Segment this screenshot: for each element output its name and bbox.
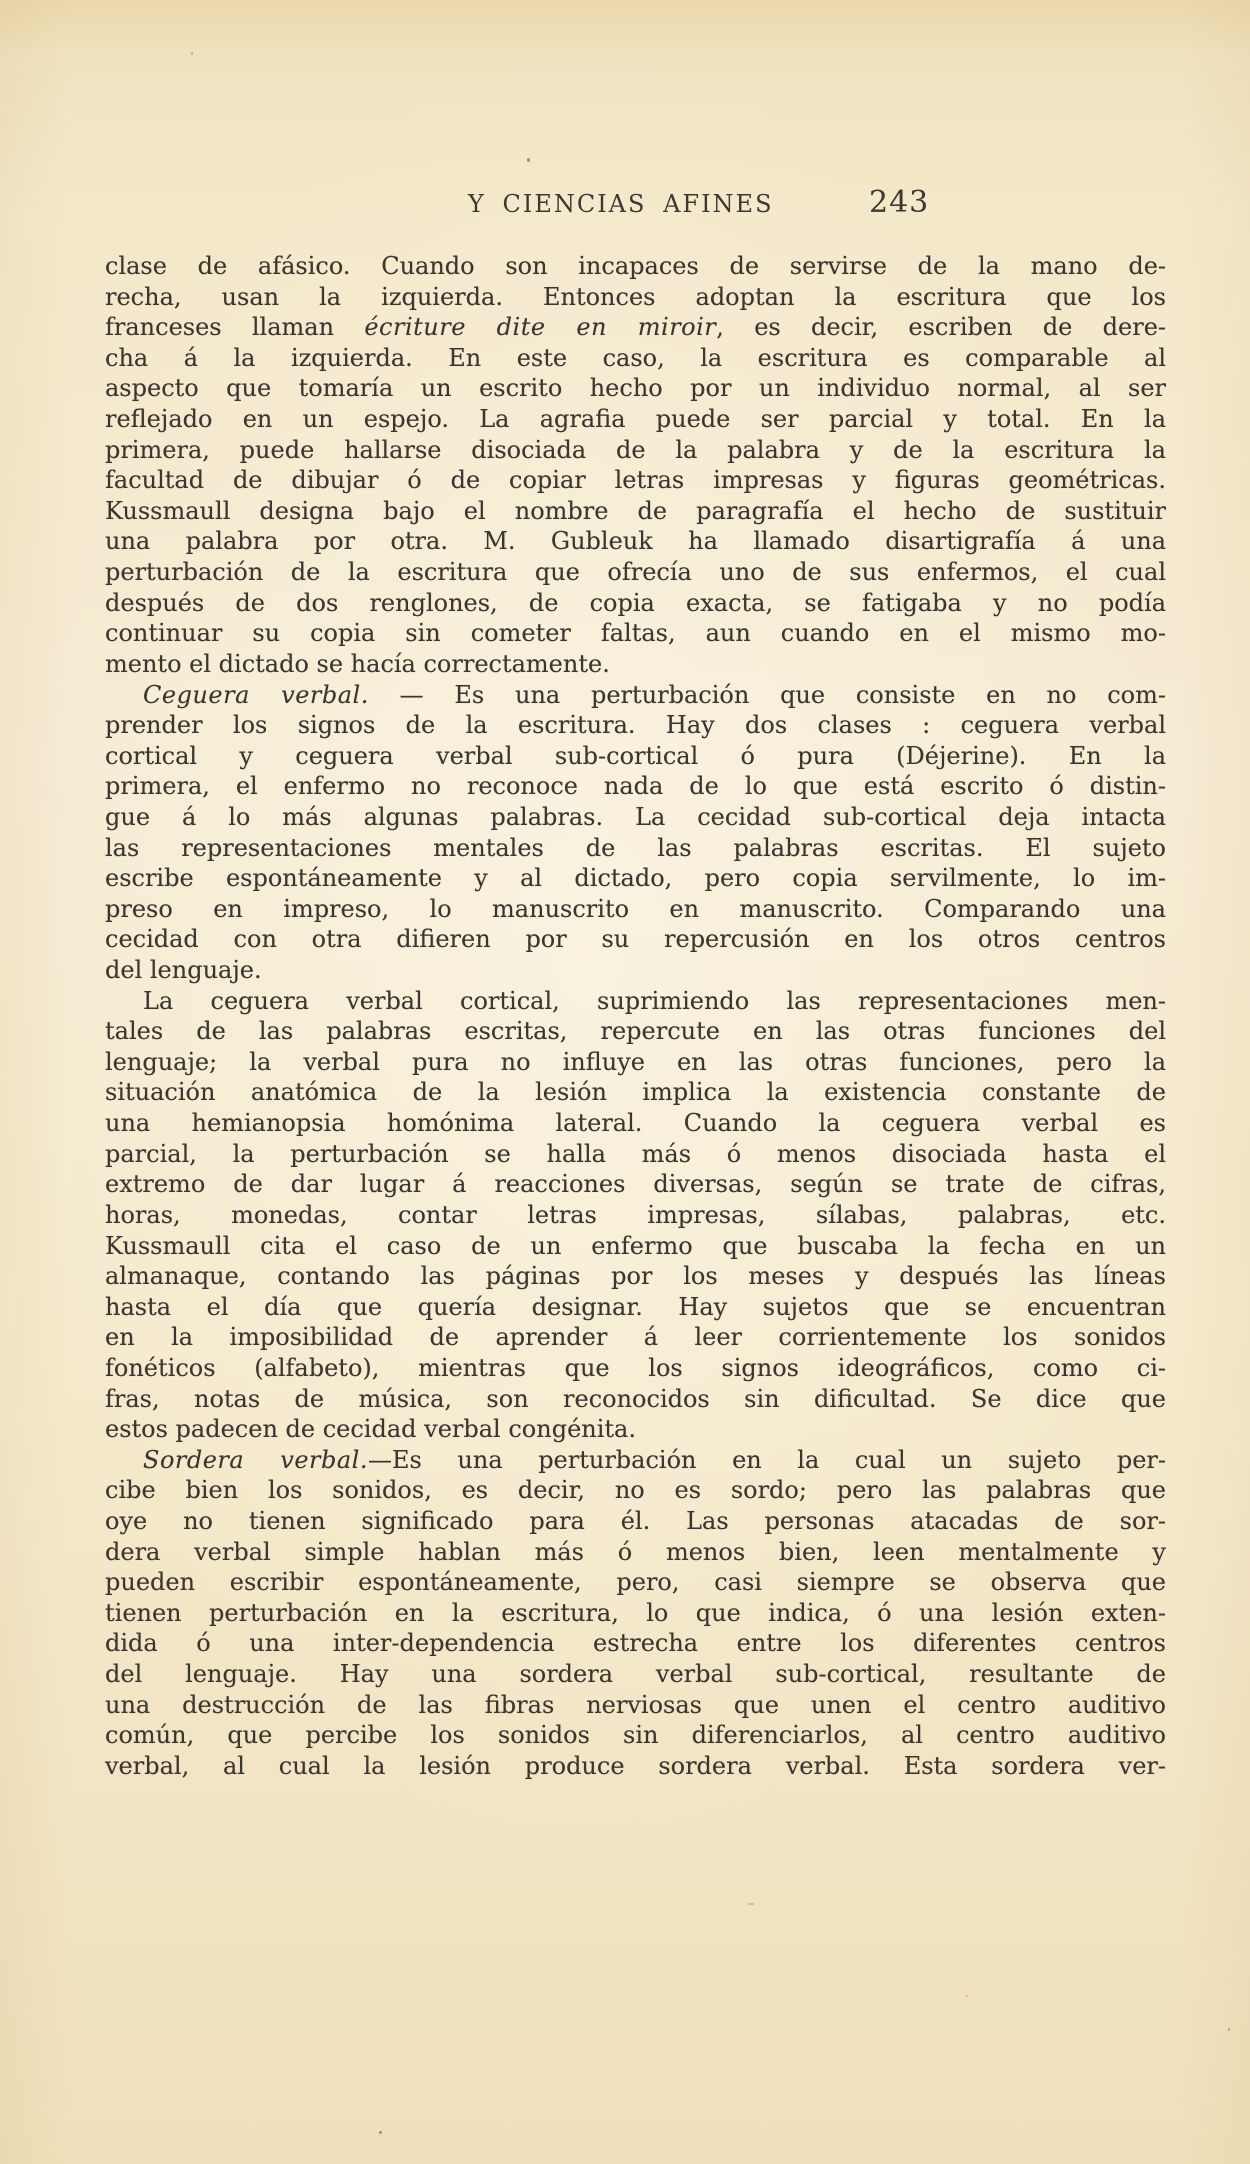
text-segment: Kussmaull designa bajo el nombre de para… (105, 497, 1166, 525)
text-line: verbal, al cual la lesión produce sorder… (105, 1751, 1166, 1782)
text-segment: tienen perturbación en la escritura, lo … (105, 1599, 1166, 1627)
text-segment: cibe bien los sonidos, es decir, no es s… (105, 1476, 1166, 1504)
text-segment: dera verbal simple hablan más ó menos bi… (105, 1538, 1166, 1566)
text-line: primera, el enfermo no reconoce nada de … (105, 771, 1166, 802)
text-segment: del lenguaje. (105, 956, 262, 984)
text-line: fonéticos (alfabeto), mientras que los s… (105, 1353, 1166, 1384)
text-segment: perturbación de la escritura que ofrecía… (105, 558, 1166, 586)
page-number: 243 (869, 185, 929, 220)
text-segment: tales de las palabras escritas, repercut… (105, 1017, 1166, 1045)
text-segment: una destrucción de las fibras nerviosas … (105, 1691, 1166, 1719)
paper-speck (966, 1995, 968, 1997)
text-line: recha, usan la izquierda. Entonces adopt… (105, 282, 1166, 313)
text-segment: las representaciones mentales de las pal… (105, 834, 1166, 862)
text-segment: continuar su copia sin cometer faltas, a… (105, 619, 1166, 647)
text-line: Kussmaull designa bajo el nombre de para… (105, 496, 1166, 527)
text-line: en la imposibilidad de aprender á leer c… (105, 1322, 1166, 1353)
text-segment: una hemianopsia homónima lateral. Cuando… (105, 1109, 1166, 1137)
text-segment: clase de afásico. Cuando son incapaces d… (105, 252, 1166, 280)
text-segment: mento el dictado se hacía correctamente. (105, 650, 610, 678)
text-line: las representaciones mentales de las pal… (105, 833, 1166, 864)
text-segment: lenguaje; la verbal pura no influye en l… (105, 1048, 1166, 1076)
text-line: estos padecen de cecidad verbal congénit… (105, 1414, 1166, 1445)
text-line: cortical y ceguera verbal sub-cortical ó… (105, 741, 1166, 772)
italic-text-segment: Ceguera verbal. (143, 681, 369, 709)
text-line: dera verbal simple hablan más ó menos bi… (105, 1537, 1166, 1568)
text-line: oye no tienen significado para él. Las p… (105, 1506, 1166, 1537)
text-segment: gue á lo más algunas palabras. La cecida… (105, 803, 1166, 831)
text-segment: cha á la izquierda. En este caso, la esc… (105, 344, 1166, 372)
book-page-scan: Y CIENCIAS AFINES 243 clase de afásico. … (0, 0, 1250, 2164)
text-line: perturbación de la escritura que ofrecía… (105, 557, 1166, 588)
text-line: lenguaje; la verbal pura no influye en l… (105, 1047, 1166, 1078)
text-segment: facultad de dibujar ó de copiar letras i… (105, 466, 1166, 494)
text-segment: , es decir, escriben de dere- (716, 313, 1166, 341)
text-line: escribe espontáneamente y al dictado, pe… (105, 863, 1166, 894)
running-title: Y CIENCIAS AFINES (468, 190, 774, 218)
text-line: mento el dictado se hacía correctamente. (105, 649, 1166, 680)
text-line: tienen perturbación en la escritura, lo … (105, 1598, 1166, 1629)
text-segment: Kussmaull cita el caso de un enfermo que… (105, 1232, 1166, 1260)
text-segment: extremo de dar lugar á reacciones divers… (105, 1170, 1166, 1198)
text-segment: — Es una perturbación que consiste en no… (369, 681, 1166, 709)
text-segment: primera, puede hallarse disociada de la … (105, 436, 1166, 464)
text-line: continuar su copia sin cometer faltas, a… (105, 618, 1166, 649)
text-line: situación anatómica de la lesión implica… (105, 1077, 1166, 1108)
text-line: prender los signos de la escritura. Hay … (105, 710, 1166, 741)
text-line: una hemianopsia homónima lateral. Cuando… (105, 1108, 1166, 1139)
text-segment: situación anatómica de la lesión implica… (105, 1078, 1166, 1106)
text-segment: fras, notas de música, son reconocidos s… (105, 1385, 1166, 1413)
text-segment: cortical y ceguera verbal sub-cortical ó… (105, 742, 1166, 770)
text-line: gue á lo más algunas palabras. La cecida… (105, 802, 1166, 833)
text-line: La ceguera verbal cortical, suprimiendo … (105, 986, 1166, 1017)
text-segment: verbal, al cual la lesión produce sorder… (105, 1752, 1166, 1780)
text-line: aspecto que tomaría un escrito hecho por… (105, 373, 1166, 404)
text-line: una palabra por otra. M. Gubleuk ha llam… (105, 526, 1166, 557)
text-segment: recha, usan la izquierda. Entonces adopt… (105, 283, 1166, 311)
text-line: franceses llaman écriture dite en miroir… (105, 312, 1166, 343)
text-line: primera, puede hallarse disociada de la … (105, 435, 1166, 466)
text-line: Ceguera verbal. — Es una perturbación qu… (105, 680, 1166, 711)
text-segment: aspecto que tomaría un escrito hecho por… (105, 374, 1166, 402)
text-segment: fonéticos (alfabeto), mientras que los s… (105, 1354, 1166, 1382)
text-segment: común, que percibe los sonidos sin difer… (105, 1721, 1166, 1749)
text-segment: del lenguaje. Hay una sordera verbal sub… (105, 1660, 1166, 1688)
text-segment: pueden escribir espontáneamente, pero, c… (105, 1568, 1166, 1596)
paper-speck (748, 1903, 754, 1905)
text-line: común, que percibe los sonidos sin difer… (105, 1720, 1166, 1751)
text-line: preso en impreso, lo manuscrito en manus… (105, 894, 1166, 925)
text-line: Kussmaull cita el caso de un enfermo que… (105, 1231, 1166, 1262)
text-line: fras, notas de música, son reconocidos s… (105, 1384, 1166, 1415)
text-line: hasta el día que quería designar. Hay su… (105, 1292, 1166, 1323)
text-line: dida ó una inter-dependencia estrecha en… (105, 1628, 1166, 1659)
page-text: clase de afásico. Cuando son incapaces d… (105, 251, 1166, 1781)
text-line: parcial, la perturbación se halla más ó … (105, 1139, 1166, 1170)
text-line: tales de las palabras escritas, repercut… (105, 1016, 1166, 1047)
text-line: del lenguaje. Hay una sordera verbal sub… (105, 1659, 1166, 1690)
paper-speck (379, 2131, 382, 2134)
text-segment: dida ó una inter-dependencia estrecha en… (105, 1629, 1166, 1657)
text-segment: prender los signos de la escritura. Hay … (105, 711, 1166, 739)
text-segment: reflejado en un espejo. La agrafia puede… (105, 405, 1166, 433)
text-line: del lenguaje. (105, 955, 1166, 986)
text-line: facultad de dibujar ó de copiar letras i… (105, 465, 1166, 496)
text-line: después de dos renglones, de copia exact… (105, 588, 1166, 619)
text-line: cibe bien los sonidos, es decir, no es s… (105, 1475, 1166, 1506)
text-line: Sordera verbal.—Es una perturbación en l… (105, 1445, 1166, 1476)
text-segment: primera, el enfermo no reconoce nada de … (105, 772, 1166, 800)
paper-speck (527, 158, 530, 162)
italic-text-segment: écriture dite en miroir (364, 313, 716, 341)
italic-text-segment: Sordera verbal. (143, 1446, 368, 1474)
text-segment: hasta el día que quería designar. Hay su… (105, 1293, 1166, 1321)
text-segment: franceses llaman (105, 313, 364, 341)
text-segment: almanaque, contando las páginas por los … (105, 1262, 1166, 1290)
text-segment: después de dos renglones, de copia exact… (105, 589, 1166, 617)
paper-speck (1228, 2028, 1230, 2031)
text-segment: horas, monedas, contar letras impresas, … (105, 1201, 1166, 1229)
text-segment: estos padecen de cecidad verbal congénit… (105, 1415, 636, 1443)
text-line: clase de afásico. Cuando son incapaces d… (105, 251, 1166, 282)
text-line: cecidad con otra difieren por su repercu… (105, 924, 1166, 955)
text-segment: oye no tienen significado para él. Las p… (105, 1507, 1166, 1535)
text-segment: preso en impreso, lo manuscrito en manus… (105, 895, 1166, 923)
text-line: pueden escribir espontáneamente, pero, c… (105, 1567, 1166, 1598)
text-segment: —Es una perturbación en la cual un sujet… (368, 1446, 1166, 1474)
text-line: cha á la izquierda. En este caso, la esc… (105, 343, 1166, 374)
text-line: extremo de dar lugar á reacciones divers… (105, 1169, 1166, 1200)
text-segment: parcial, la perturbación se halla más ó … (105, 1140, 1166, 1168)
page-header: Y CIENCIAS AFINES 243 (0, 188, 1250, 224)
text-segment: La ceguera verbal cortical, suprimiendo … (143, 987, 1166, 1015)
text-line: horas, monedas, contar letras impresas, … (105, 1200, 1166, 1231)
paper-speck (191, 52, 193, 55)
text-line: una destrucción de las fibras nerviosas … (105, 1690, 1166, 1721)
text-segment: una palabra por otra. M. Gubleuk ha llam… (105, 527, 1166, 555)
text-segment: cecidad con otra difieren por su repercu… (105, 925, 1166, 953)
text-segment: escribe espontáneamente y al dictado, pe… (105, 864, 1166, 892)
text-line: almanaque, contando las páginas por los … (105, 1261, 1166, 1292)
text-segment: en la imposibilidad de aprender á leer c… (105, 1323, 1166, 1351)
text-line: reflejado en un espejo. La agrafia puede… (105, 404, 1166, 435)
